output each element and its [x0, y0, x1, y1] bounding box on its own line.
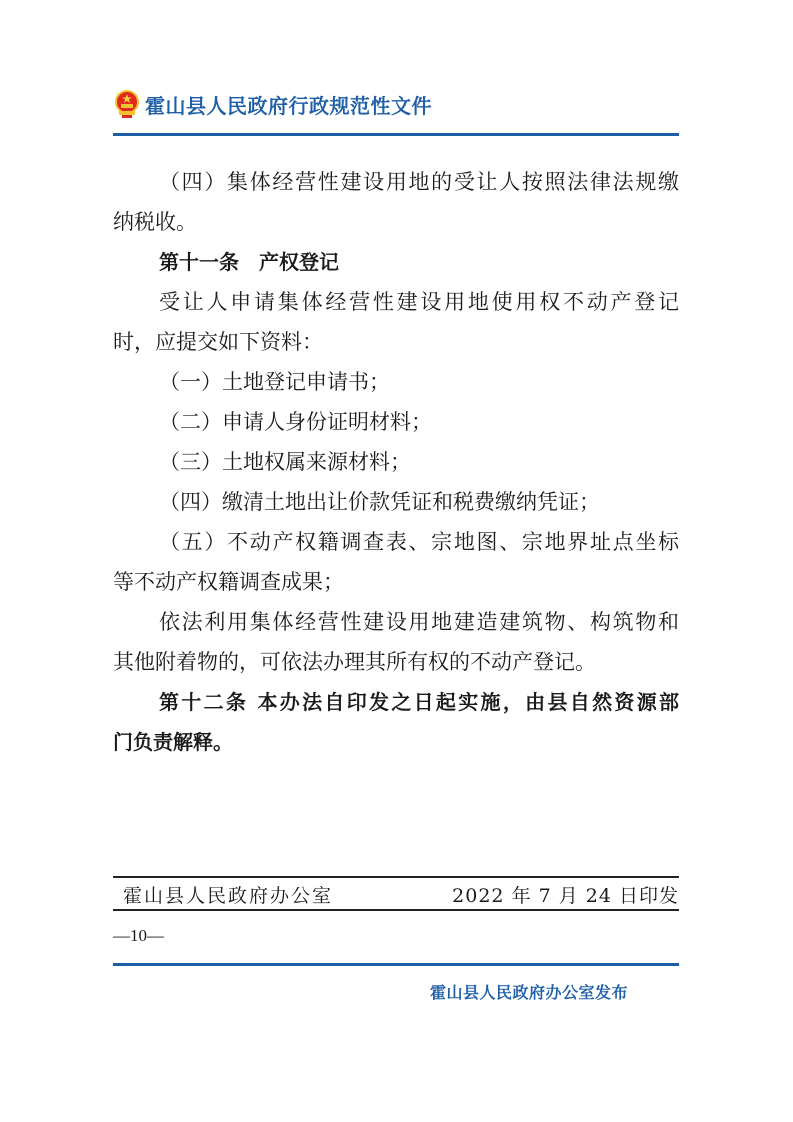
issuance-row: 霍山县人民政府办公室 2022 年 7 月 24 日印发	[113, 878, 679, 910]
body-text-line: 其他附着物的，可依法办理其所有权的不动产登记。	[113, 642, 679, 682]
document-header: 霍山县人民政府行政规范性文件	[113, 86, 432, 122]
publisher-label: 霍山县人民政府办公室发布	[430, 980, 628, 1003]
issue-date: 2022 年 7 月 24 日印发	[452, 881, 679, 908]
body-text-line: （五）不动产权籍调查表、宗地图、宗地界址点坐标	[113, 522, 679, 562]
body-text-line: 受让人申请集体经营性建设用地使用权不动产登记	[113, 282, 679, 322]
body-text-line: 依法利用集体经营性建设用地建造建筑物、构筑物和	[113, 602, 679, 642]
body-text-line: （四）缴清土地出让价款凭证和税费缴纳凭证；	[113, 482, 679, 522]
article-heading-line: 门负责解释。	[113, 722, 679, 762]
body-text-line: （四）集体经营性建设用地的受让人按照法律法规缴	[113, 162, 679, 202]
header-divider	[113, 133, 679, 136]
footer-bottom-rule	[113, 909, 679, 911]
document-body: （四）集体经营性建设用地的受让人按照法律法规缴纳税收。第十一条 产权登记受让人申…	[113, 162, 679, 762]
body-text-line: 时，应提交如下资料：	[113, 322, 679, 362]
body-text-line: （一）土地登记申请书；	[113, 362, 679, 402]
article-heading-line: 第十二条 本办法自印发之日起实施，由县自然资源部	[113, 682, 679, 722]
body-text-line: （二）申请人身份证明材料；	[113, 402, 679, 442]
national-emblem-icon	[113, 89, 141, 119]
body-text-line: 纳税收。	[113, 202, 679, 242]
issuer-name: 霍山县人民政府办公室	[113, 881, 333, 908]
body-text-line: （三）土地权属来源材料；	[113, 442, 679, 482]
body-text-line: 等不动产权籍调查成果；	[113, 562, 679, 602]
page-number: —10—	[113, 926, 164, 946]
publisher-divider	[113, 963, 679, 966]
article-heading-line: 第十一条 产权登记	[113, 242, 679, 282]
header-title: 霍山县人民政府行政规范性文件	[145, 90, 432, 119]
